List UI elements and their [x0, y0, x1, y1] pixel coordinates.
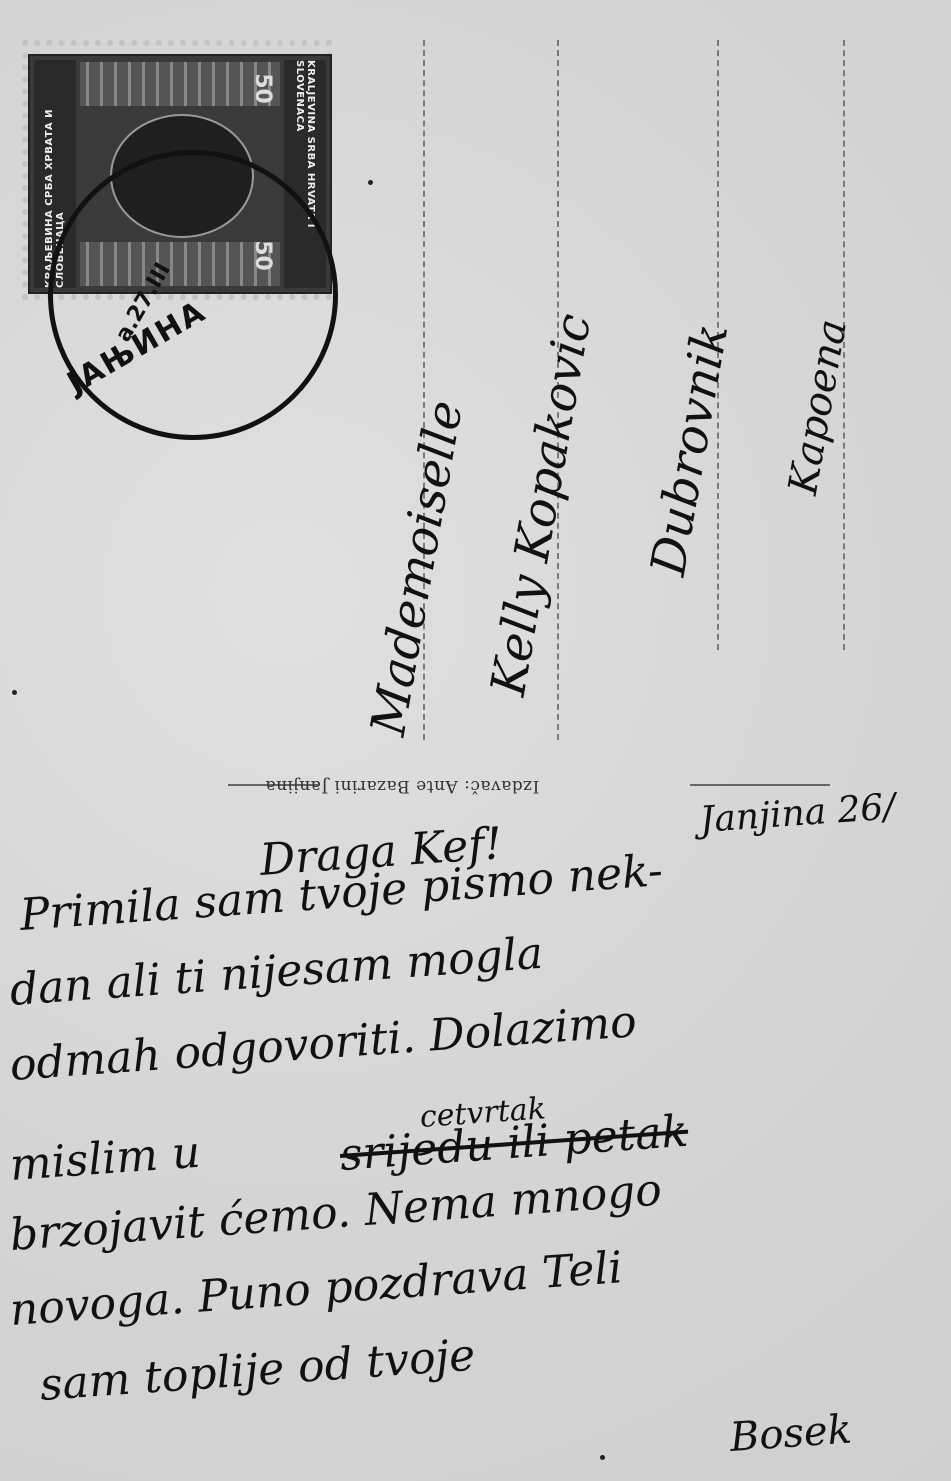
address-name: Kelly Kopakovic [480, 310, 602, 700]
ink-speck [368, 180, 373, 185]
ink-speck [12, 690, 17, 695]
ink-speck [600, 1455, 605, 1460]
message-line: mislim u [8, 1127, 202, 1191]
publisher-imprint: Izdavač: Ante Bazarini Janjina [265, 776, 539, 796]
message-line: sam toplije od tvoje [38, 1330, 477, 1411]
postcard-back: КРАЉЕВИНА СРБА ХРВАТА И СЛОВЕНАЦА KRALJE… [0, 0, 951, 1481]
address-city: Dubrovnik [640, 319, 739, 579]
address-salutation: Mademoiselle [360, 396, 474, 739]
divider-line [690, 784, 830, 786]
message-signature: Bosek [728, 1407, 853, 1461]
message-line: dan ali ti nijesam mogla [8, 928, 544, 1016]
stamp-value: 50 [250, 73, 275, 104]
message-date: Janjina 26/ [699, 786, 897, 841]
message-line: odmah odgovoriti. Dolazimo [8, 996, 638, 1091]
message-line: novoga. Puno pozdrava Teli [8, 1242, 624, 1336]
